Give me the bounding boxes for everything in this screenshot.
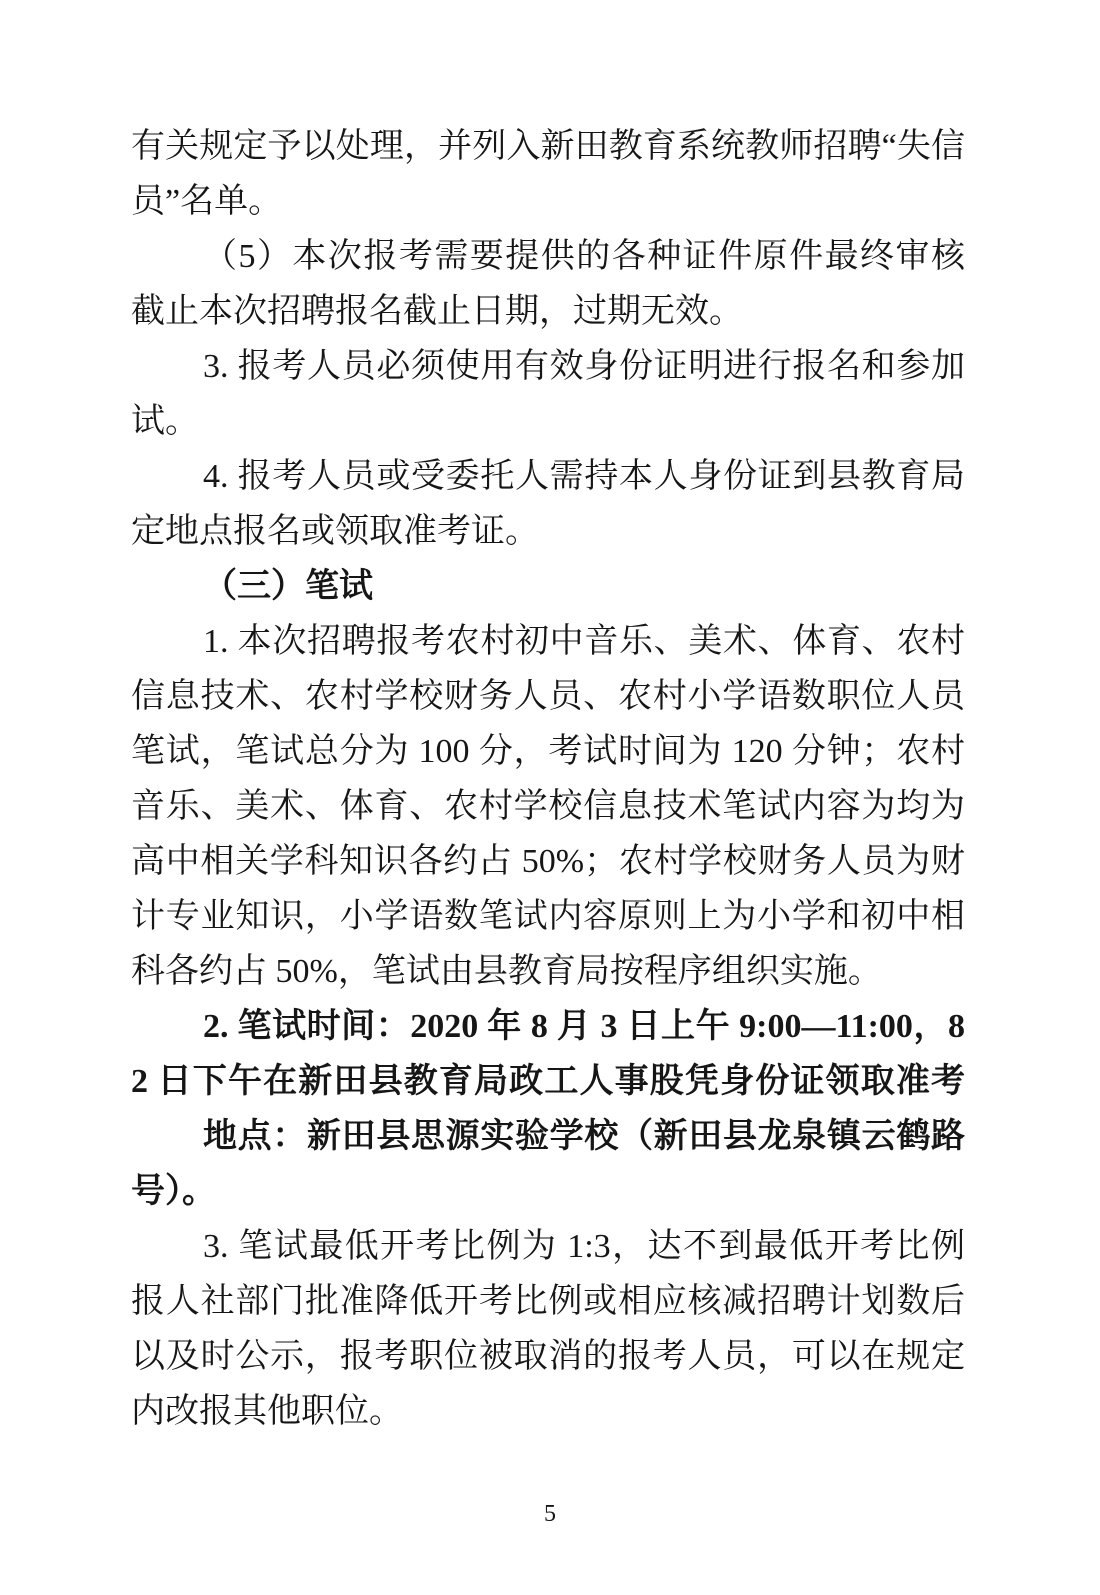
written-exam-item-2-time: 2. 笔试时间：2020 年 8 月 3 日上午 9:00—11:00，8 月2… [131,999,965,1109]
written-exam-location: 地点：新田县思源实验学校（新田县龙泉镇云鹤路 169号）。 [131,1109,965,1219]
item-3-valid-id-required: 3. 报考人员必须使用有效身份证明进行报名和参加考试。 [131,339,965,449]
text-line: 笔试，笔试总分为 100 分，考试时间为 120 分钟；农村初中 [131,724,965,779]
text-line: 号）。 [131,1164,965,1219]
text-line: 3. 笔试最低开考比例为 1:3，达不到最低开考比例的， [131,1219,965,1274]
text-line: 音乐、美术、体育、农村学校信息技术笔试内容为均为初中、 [131,779,965,834]
text-line: 2. 笔试时间：2020 年 8 月 3 日上午 9:00—11:00，8 月 [131,999,965,1054]
text-line: 2 日下午在新田县教育局政工人事股凭身份证领取准考证。 [131,1054,965,1109]
text-line: 定地点报名或领取准考证。 [131,504,965,559]
text-line: 高中相关学科知识各约占 50%；农村学校财务人员为财务会 [131,834,965,889]
text-line: 内改报其他职位。 [131,1384,965,1439]
text-line: 有关规定予以处理，并列入新田教育系统教师招聘“失信人 [131,119,965,174]
page-footer: 5 [0,1496,1100,1532]
text-line: 信息技术、农村学校财务人员、农村小学语数职位人员组织 [131,669,965,724]
text-line: 3. 报考人员必须使用有效身份证明进行报名和参加考 [131,339,965,394]
text-line: 地点：新田县思源实验学校（新田县龙泉镇云鹤路 169 [131,1109,965,1164]
text-line: 计专业知识，小学语数笔试内容原则上为小学和初中相应学 [131,889,965,944]
written-exam-item-1-scope: 1. 本次招聘报考农村初中音乐、美术、体育、农村学校信息技术、农村学校财务人员、… [131,614,965,999]
text-line: 试。 [131,394,965,449]
text-line: 科各约占 50%，笔试由县教育局按程序组织实施。 [131,944,965,999]
continuation-paragraph-penalty: 有关规定予以处理，并列入新田教育系统教师招聘“失信人员”名单。 [131,119,965,229]
section-heading-written-exam: （三）笔试 [131,559,965,614]
text-line: 截止本次招聘报名截止日期，过期无效。 [131,284,965,339]
text-line: （5）本次报考需要提供的各种证件原件最终审核时间 [131,229,965,284]
item-4-registration-location: 4. 报考人员或受委托人需持本人身份证到县教育局指定地点报名或领取准考证。 [131,449,965,559]
text-line: （三）笔试 [131,559,965,614]
text-line: 员”名单。 [131,174,965,229]
item-5-certificates-deadline: （5）本次报考需要提供的各种证件原件最终审核时间截止本次招聘报名截止日期，过期无… [131,229,965,339]
written-exam-item-3-ratio: 3. 笔试最低开考比例为 1:3，达不到最低开考比例的，报人社部门批准降低开考比… [131,1219,965,1439]
page-number: 5 [544,1501,556,1527]
text-line: 报人社部门批准降低开考比例或相应核减招聘计划数后予 [131,1274,965,1329]
document-page: 有关规定予以处理，并列入新田教育系统教师招聘“失信人员”名单。（5）本次报考需要… [0,0,1100,1595]
text-line: 1. 本次招聘报考农村初中音乐、美术、体育、农村学校 [131,614,965,669]
text-line: 4. 报考人员或受委托人需持本人身份证到县教育局指 [131,449,965,504]
document-body: 有关规定予以处理，并列入新田教育系统教师招聘“失信人员”名单。（5）本次报考需要… [131,119,965,1439]
text-line: 以及时公示，报考职位被取消的报考人员，可以在规定时间 [131,1329,965,1384]
